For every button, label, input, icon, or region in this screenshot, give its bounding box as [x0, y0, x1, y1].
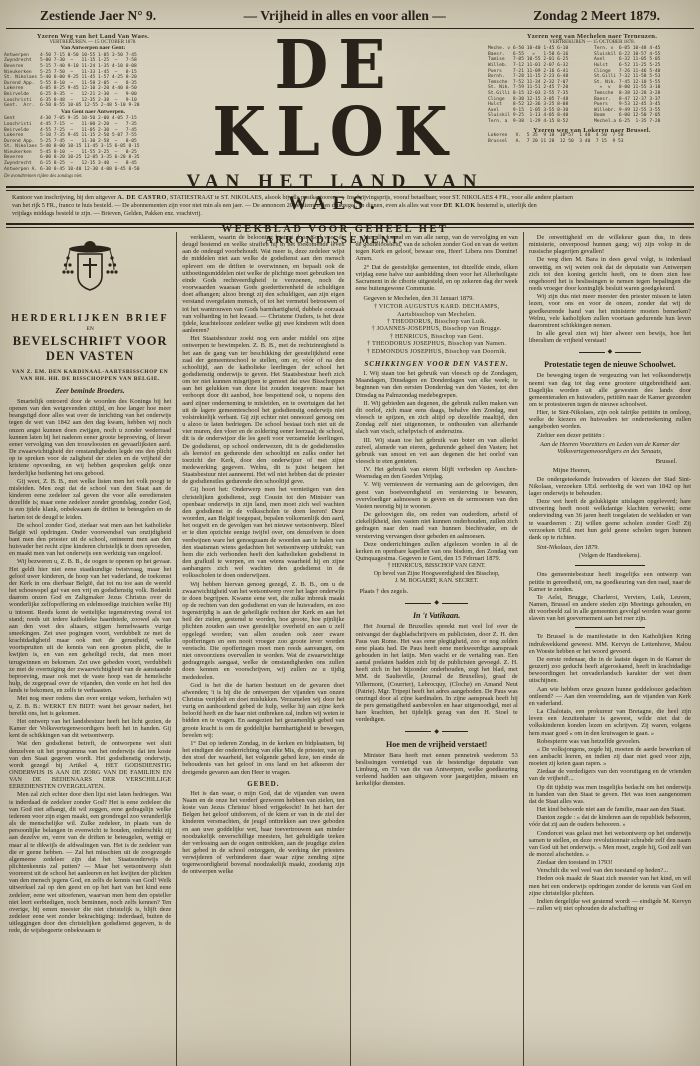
ornament-divider: ◆ — [356, 729, 518, 735]
paragraph: V. Wij vernieuwen de vermaning aan de ge… — [356, 481, 518, 510]
timetable-rows: Gent 4-30 7-05 9-35 10-50 2-00 4-05 7-15… — [4, 116, 182, 172]
subscription-text: bestemd is, uiterlijk den — [476, 202, 537, 209]
paragraph: Gij weet, Z. B. B., met welke listen men… — [9, 478, 171, 521]
paragraph: Ziehier een dezer petitiën : — [529, 432, 691, 439]
timetable-row: Gent. Arr. 6-50 8-55 10-05 12-55 2-48 5-… — [4, 103, 182, 109]
paragraph: De beweging tegen de vergeuzing van het … — [529, 372, 691, 408]
paragraph: Hier, te Sint-Nikolaes, zijn ook talrijk… — [529, 409, 691, 430]
paragraph: Ziedaar de verdedigers van den vooruitga… — [529, 768, 691, 782]
paragraph: Ons gemeentebestuur heeft insgelijks een… — [529, 571, 691, 592]
issue-number: Zestiende Jaer N° 9. — [40, 8, 156, 24]
paragraph: Te Brussel is de manifestatie in den Kat… — [529, 633, 691, 654]
paragraph: II. Wij gebieden aan degenen, die gebrui… — [356, 400, 518, 436]
article-heading: Hoe men de vrijheid verstaet! — [356, 740, 518, 749]
paper-name: DE KLOK — [443, 202, 475, 209]
article-subcaption: VAN Z. EM. DEN KARDINAAL-AARTSBISSCHOP E… — [9, 369, 171, 383]
motto: — Vrijheid in alles en voor allen — — [244, 8, 446, 24]
signature: † JOANNES-JOSEPHUS, Bisschop van Brugge. — [356, 326, 518, 333]
paragraph: De weg dien M. Bara in dees geval volgt,… — [529, 256, 691, 292]
article-body: Ons gemeentebestuur heeft insgelijks een… — [529, 571, 691, 622]
subscription-line: van het rijk 5 FR., franco te huis beste… — [12, 202, 688, 210]
section-heading: SCHIKKINGEN VOOR DEN VASTEN. — [356, 360, 518, 368]
bishop-signatures: † VICTOR AUGUSTUS KARD. DECHAMPS, Aartsb… — [356, 304, 518, 356]
paragraph: Wij bezweren u, Z. B. B., de oogen te op… — [9, 558, 171, 694]
column-4: De onwettigheid en de willekeur gaan dus… — [523, 232, 696, 1066]
paragraph: God is het die de harten bestuurt en de … — [182, 682, 344, 739]
timetable-rows: Tern. v 6-05 10-48 4-45Sluiskil 6-22 10-… — [594, 46, 696, 124]
paragraph: III. Wij staan toe het gebruik van boter… — [356, 437, 518, 466]
paragraph: Gij hoort het: Onderwerp men het verniet… — [182, 486, 344, 579]
timetable-row: Antwerpen A. 6-30 8-45 10-40 12-30 4-00 … — [4, 167, 182, 173]
article-body: Van alle kwaad en van alle ramp, van de … — [356, 234, 518, 292]
article-body: De beweging tegen de vergeuzing van het … — [529, 372, 691, 438]
timetable-rows: Lokeren V. 5 35 9 10 10 57 1 40 4 50 7 5… — [488, 133, 696, 144]
signature: † HENRICUS, BISSCHOP VAN GENT. — [356, 563, 518, 570]
paragraph: In alle geval zien wij hier alweer een b… — [529, 330, 691, 344]
subscription-text: Kantoor van inschrijving, bij den uitgev… — [12, 194, 117, 201]
paragraph: Aan wie hebben onze geuzen hunne goddelo… — [529, 686, 691, 707]
newspaper-page: Zestiende Jaer N° 9. — Vrijheid in alles… — [0, 0, 700, 1066]
newspaper-title: DE KLOK — [182, 32, 488, 166]
paragraph: Robespierre was van hetzelfde gevoelen. — [529, 738, 691, 745]
subscription-text: van het rijk 5 FR., franco te huis beste… — [12, 202, 443, 209]
seal-note: Plaats † des zegels. — [360, 588, 518, 595]
timetable-section-heading: Van Gent naer Antwerpen. — [4, 110, 182, 116]
timetable-right: Yzeren weg van Mechelen naer Terneuzen. … — [488, 31, 696, 144]
subscription-text: , STATIESTRAAT te ST. NIKOLAES, alsook b… — [167, 194, 573, 201]
paragraph: Minister Bara heeft met eenen pennetrek … — [356, 752, 518, 788]
prayer-heading: GEBED. — [182, 780, 344, 788]
section-divider — [575, 565, 645, 566]
article-body: verklaren, waarin de belooning bestaat d… — [182, 234, 344, 776]
paragraph: Heden ook maakt de Staat zich meester va… — [529, 875, 691, 896]
article-heading: In 't Vatikaan. — [356, 611, 518, 620]
paragraph: De onwettigheid en de willekeur gaan dus… — [529, 234, 691, 255]
petition-dateline: Sint-Nikolaas, den 1879. — [529, 544, 691, 551]
paragraph: I. Wij staan toe het gebruik van vleesch… — [356, 370, 518, 399]
paragraph: Condorcet was gelast met het wetsontwerp… — [529, 830, 691, 859]
article-body: Het Journal de Bruxelles spreekt met vee… — [356, 623, 518, 723]
paragraph: Wat den godsdienst betreft, de ontworpen… — [9, 740, 171, 790]
paragraph: Van alle kwaad en van alle ramp, van de … — [356, 234, 518, 263]
issue-date: Zondag 2 Meert 1879. — [533, 8, 660, 24]
paragraph: Het Journal de Bruxelles spreekt met vee… — [356, 623, 518, 723]
column-2: verklaren, waarin de belooning bestaat d… — [176, 232, 349, 1066]
paragraph: La Chalotais, een prokureur van Bretagne… — [529, 708, 691, 737]
ornament-divider: ◆ — [529, 349, 691, 355]
petition-address: Aan de Heeren Voorzitters en Leden van d… — [535, 441, 685, 456]
timetable-footnote: De avondtreinen rijden des zondags niet. — [4, 174, 182, 180]
paragraph: Ziedaar den toestand in 1793! — [529, 859, 691, 866]
article-body: Smartelijk ontroerd door de woorden des … — [9, 398, 171, 935]
paragraph: Wij hebben hiervan genoeg gezegd, Z. B. … — [182, 581, 344, 681]
column-3: Van alle kwaad en van alle ramp, van de … — [350, 232, 523, 1066]
article-columns: HERDERLIJKEN BRIEF EN BEVELSCHRIFT VOOR … — [4, 232, 696, 1066]
paragraph: « De volksjongens, zegde hij, moeten de … — [529, 746, 691, 767]
article-body: Het is dan waar, o mijn God, dat de vija… — [182, 790, 344, 876]
paragraph: De geloovigen die, om reden van ouderdom… — [356, 511, 518, 540]
timetable-rows: Antwerpen 4-50 7-15 8-50 10-55 1-05 3-50… — [4, 53, 182, 109]
paragraph: Deze onderrichtingen zullen afgelezen wo… — [356, 541, 518, 562]
ornament-divider: ◆ — [356, 600, 518, 606]
paragraph: De ondergeteekende huisvaders of kiezers… — [529, 476, 691, 497]
article-body: Minister Bara heeft met eenen pennetrek … — [356, 752, 518, 788]
bishop-signatures: † HENRICUS, BISSCHOP VAN GENT.Op bevel v… — [356, 563, 518, 585]
masthead-row: Yzeren Weg van het Land Van Waes. VERTRE… — [0, 29, 700, 183]
paragraph: Wij zijn dus niet meer meester den pries… — [529, 293, 691, 329]
paragraph: Men zal zich echter door dien lijst niet… — [9, 791, 171, 934]
timetable-rows: Meche. v 6-50 10-40 1-45 6-10Baesr. 6-55… — [488, 46, 590, 124]
petition-city: Brussel. — [529, 458, 691, 465]
heading-connector: EN — [9, 326, 171, 332]
paragraph: Het kind behoorde niet aan de familie, m… — [529, 806, 691, 813]
paragraph: Danton zegde : « dat de kinderen aan de … — [529, 814, 691, 828]
paragraph: De eerste redenaar, die in de laatste da… — [529, 656, 691, 685]
paragraph: Het Staatsbestuur zoekt nog een ander mi… — [182, 335, 344, 485]
dateline: Gegeven te Mechelen, den 31 Januari 1879… — [356, 295, 518, 302]
signature: † HENRICUS, Bisschop van Gent. — [356, 334, 518, 341]
article-heading: BEVELSCHRIFT VOOR DEN VASTEN — [9, 334, 171, 364]
signature: † THEODORUS, Bisschop van Luik. — [356, 319, 518, 326]
timetable-row: Mechel.a 6-25 1-35 7-20 — [594, 119, 696, 125]
column-1: HERDERLIJKEN BRIEF EN BEVELSCHRIFT VOOR … — [4, 232, 176, 1066]
paragraph: verklaren, waarin de belooning bestaat d… — [182, 234, 344, 334]
petition-signature-note: (Volgen de Handteekens). — [529, 553, 691, 560]
timetable-section-heading: Van Antwerpen naer Gent: — [4, 46, 182, 52]
signature: † THEODORUS JOSEPHUS, Bisschop van Namen… — [356, 341, 518, 348]
signature: † EDMONDUS JOSEPHUS, Bisschop van Doorni… — [356, 349, 518, 356]
timetable-row: Tern. a 9-38 1-29 4-15 8-52 — [488, 119, 590, 125]
paragraph: Met nog meer redens dan over eenige weke… — [9, 695, 171, 716]
timetable-row: Brussel A. 7 20 11 28 12 50 3 40 7 15 9 … — [488, 139, 696, 145]
timetable-left: Yzeren Weg van het Land Van Waes. VERTRE… — [4, 31, 182, 180]
paragraph: Verschilt die wel veel van den toestand … — [529, 867, 691, 874]
paragraph: Smartelijk ontroerd door de woorden des … — [9, 398, 171, 477]
paragraph: Indien dergelijke wet gestemd wordt — ei… — [529, 898, 691, 912]
section-divider — [575, 627, 645, 628]
article-body: De onwettigheid en de willekeur gaan dus… — [529, 234, 691, 344]
subscription-line: Kantoor van inschrijving, bij den uitgev… — [12, 194, 688, 202]
article-heading: Protestatie tegen de nieuwe Schoolwet. — [529, 360, 691, 369]
article-body: I. Wij staan toe het gebruik van vleesch… — [356, 370, 518, 562]
article-heading: HERDERLIJKEN BRIEF — [9, 313, 171, 324]
signature: Op bevel van Zijne Hoogweerdigheid den B… — [356, 571, 518, 578]
paragraph: 1° Dat op iederen Zondag, in de kerken e… — [182, 740, 344, 776]
top-header-bar: Zestiende Jaer N° 9. — Vrijheid in alles… — [0, 0, 700, 26]
salutation: Zeer beminde Broeders. — [9, 387, 171, 395]
paragraph: Te Aelst, Brugge, Charleroi, Verviers, L… — [529, 594, 691, 623]
article-body: Te Brussel is de manifestatie in den Kat… — [529, 633, 691, 912]
paragraph: 2° Dat de geestelijke gemeenten, tot dit… — [356, 264, 518, 293]
paragraph: Het is dan waar, o mijn God, dat de vija… — [182, 790, 344, 876]
publisher-name: A. DE CASTRO — [117, 194, 167, 201]
paragraph: IV. Het gebruik van eieren blijft verbod… — [356, 466, 518, 480]
petition-body: De ondergeteekende huisvaders of kiezers… — [529, 476, 691, 541]
masthead: DE KLOK VAN HET LAND VAN WAES. WEEKBLAD … — [182, 31, 488, 246]
paragraph: Deze wet heeft de gelukkigste uitslagen … — [529, 498, 691, 541]
paragraph: Op dit tijdstip was men insgelijks bedac… — [529, 784, 691, 805]
episcopal-crest-icon — [9, 238, 171, 307]
signature: † VICTOR AUGUSTUS KARD. DECHAMPS, Aartsb… — [356, 304, 518, 319]
paragraph: De school zonder God, ziedaar wat men aa… — [9, 522, 171, 558]
timetable-right-note: VERTREKUREN — 15 OCTOBER 1878. — [488, 40, 696, 46]
paragraph: Het ontwerp van het landsbestuur heeft h… — [9, 718, 171, 739]
signature: J. M. BOGAERT, KAN. SECRET. — [356, 578, 518, 585]
petition-salutation: Mijne Heeren, — [529, 467, 691, 474]
